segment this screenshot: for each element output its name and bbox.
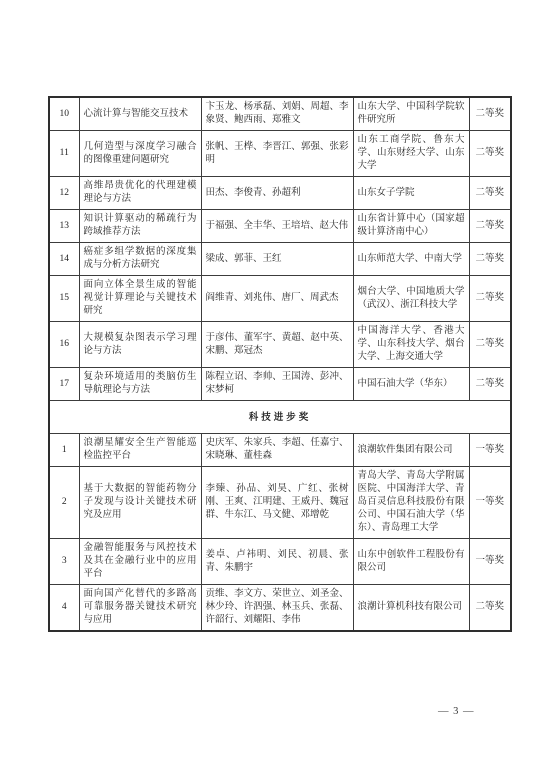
cell-award: 二等奖 — [469, 276, 511, 322]
cell-orgs: 浪潮计算机科技有限公司 — [353, 585, 469, 632]
cell-project: 面向立体全景生成的智能视觉计算理论与关键技术研究 — [79, 276, 201, 322]
cell-orgs: 山东女子学院 — [353, 177, 469, 210]
section-title: 科技进步奖 — [49, 401, 511, 434]
cell-orgs: 山东大学、中国科学院软件研究所 — [353, 97, 469, 131]
award-row: 17 复杂环境适用的类脑仿生导航理论与方法 陈程立诏、李帅、王国涛、彭冲、宋梦柯… — [49, 368, 511, 401]
cell-people: 陈程立诏、李帅、王国涛、彭冲、宋梦柯 — [201, 368, 353, 401]
cell-project: 大规模复杂图表示学习理论与方法 — [79, 322, 201, 368]
cell-people: 姜卓、卢祎明、刘民、初晨、张青、朱鹏宇 — [201, 539, 353, 585]
cell-no: 17 — [49, 368, 79, 401]
cell-no: 14 — [49, 243, 79, 276]
award-row: 14 癌症多组学数据的深度集成与分析方法研究 梁成、郭菲、王红 山东师范大学、中… — [49, 243, 511, 276]
award-row: 2 基于大数据的智能药物分子发现与设计关键技术研究及应用 李臻、孙品、刘昊、广红… — [49, 467, 511, 539]
cell-no: 15 — [49, 276, 79, 322]
cell-no: 12 — [49, 177, 79, 210]
cell-project: 浪潮星耀安全生产智能巡检监控平台 — [79, 434, 201, 467]
cell-people: 梁成、郭菲、王红 — [201, 243, 353, 276]
cell-people: 田杰、李俊青、孙超利 — [201, 177, 353, 210]
cell-project: 高维昂贵优化的代理建模理论与方法 — [79, 177, 201, 210]
cell-orgs: 烟台大学、中国地质大学（武汉）、浙江科技大学 — [353, 276, 469, 322]
cell-award: 二等奖 — [469, 243, 511, 276]
cell-project: 复杂环境适用的类脑仿生导航理论与方法 — [79, 368, 201, 401]
award-row: 11 几何造型与深度学习融合的图像重建问题研究 张帆、王桦、李晋江、郭强、张彩明… — [49, 131, 511, 177]
award-row: 4 面向国产化替代的多路高可靠服务器关键技术研究与应用 贡维、李文方、荣世立、刘… — [49, 585, 511, 632]
cell-no: 10 — [49, 97, 79, 131]
cell-people: 卞玉龙、杨承磊、刘娟、周超、李象贤、鲍西雨、郑雅文 — [201, 97, 353, 131]
award-row: 10 心流计算与智能交互技术 卞玉龙、杨承磊、刘娟、周超、李象贤、鲍西雨、郑雅文… — [49, 97, 511, 131]
cell-no: 4 — [49, 585, 79, 632]
cell-people: 贡维、李文方、荣世立、刘圣金、林少玲、许泗强、林玉兵、张磊、许韶行、刘耀阳、李伟 — [201, 585, 353, 632]
cell-orgs: 山东工商学院、鲁东大学、山东财经大学、山东大学 — [353, 131, 469, 177]
cell-project: 癌症多组学数据的深度集成与分析方法研究 — [79, 243, 201, 276]
cell-project: 基于大数据的智能药物分子发现与设计关键技术研究及应用 — [79, 467, 201, 539]
cell-award: 二等奖 — [469, 585, 511, 632]
award-row: 15 面向立体全景生成的智能视觉计算理论与关键技术研究 阎维青、刘兆伟、唐厂、周… — [49, 276, 511, 322]
cell-orgs: 山东省计算中心（国家超级计算济南中心） — [353, 210, 469, 243]
cell-orgs: 山东师范大学、中南大学 — [353, 243, 469, 276]
cell-award: 一等奖 — [469, 539, 511, 585]
cell-project: 面向国产化替代的多路高可靠服务器关键技术研究与应用 — [79, 585, 201, 632]
award-row: 1 浪潮星耀安全生产智能巡检监控平台 史庆军、朱家兵、李超、任嘉宁、宋晓琳、董桂… — [49, 434, 511, 467]
cell-award: 二等奖 — [469, 131, 511, 177]
page-number: — 3 — — [438, 706, 475, 717]
award-row: 16 大规模复杂图表示学习理论与方法 于彦伟、董军宇、黄超、赵中英、宋鹏、郑冠杰… — [49, 322, 511, 368]
cell-orgs: 中国海洋大学、香港大学、山东科技大学、烟台大学、上海交通大学 — [353, 322, 469, 368]
award-row: 12 高维昂贵优化的代理建模理论与方法 田杰、李俊青、孙超利 山东女子学院 二等… — [49, 177, 511, 210]
cell-project: 几何造型与深度学习融合的图像重建问题研究 — [79, 131, 201, 177]
cell-people: 李臻、孙品、刘昊、广红、张树刚、王爽、江明建、王威丹、魏冠群、牛东江、马文健、邓… — [201, 467, 353, 539]
award-row: 13 知识计算驱动的稀疏行为跨域推荐方法 于福强、全丰华、王培培、赵大伟 山东省… — [49, 210, 511, 243]
cell-people: 张帆、王桦、李晋江、郭强、张彩明 — [201, 131, 353, 177]
cell-no: 11 — [49, 131, 79, 177]
cell-no: 16 — [49, 322, 79, 368]
cell-no: 1 — [49, 434, 79, 467]
cell-no: 2 — [49, 467, 79, 539]
cell-award: 二等奖 — [469, 368, 511, 401]
cell-no: 3 — [49, 539, 79, 585]
cell-award: 一等奖 — [469, 467, 511, 539]
cell-project: 心流计算与智能交互技术 — [79, 97, 201, 131]
cell-orgs: 山东中创软件工程股份有限公司 — [353, 539, 469, 585]
cell-project: 金融智能服务与风控技术及其在金融行业中的应用平台 — [79, 539, 201, 585]
awards-table: 10 心流计算与智能交互技术 卞玉龙、杨承磊、刘娟、周超、李象贤、鲍西雨、郑雅文… — [48, 96, 512, 632]
section-header-row: 科技进步奖 — [49, 401, 511, 434]
cell-orgs: 浪潮软件集团有限公司 — [353, 434, 469, 467]
cell-people: 阎维青、刘兆伟、唐厂、周武杰 — [201, 276, 353, 322]
award-row: 3 金融智能服务与风控技术及其在金融行业中的应用平台 姜卓、卢祎明、刘民、初晨、… — [49, 539, 511, 585]
cell-award: 二等奖 — [469, 177, 511, 210]
cell-award: 一等奖 — [469, 434, 511, 467]
cell-no: 13 — [49, 210, 79, 243]
cell-award: 二等奖 — [469, 97, 511, 131]
cell-project: 知识计算驱动的稀疏行为跨域推荐方法 — [79, 210, 201, 243]
document-page: 10 心流计算与智能交互技术 卞玉龙、杨承磊、刘娟、周超、李象贤、鲍西雨、郑雅文… — [0, 0, 553, 779]
cell-orgs: 中国石油大学（华东） — [353, 368, 469, 401]
cell-people: 于福强、全丰华、王培培、赵大伟 — [201, 210, 353, 243]
cell-award: 二等奖 — [469, 322, 511, 368]
cell-orgs: 青岛大学、青岛大学附属医院、中国海洋大学、青岛百灵信息科技股份有限公司、中国石油… — [353, 467, 469, 539]
cell-people: 史庆军、朱家兵、李超、任嘉宁、宋晓琳、董桂森 — [201, 434, 353, 467]
cell-award: 二等奖 — [469, 210, 511, 243]
cell-people: 于彦伟、董军宇、黄超、赵中英、宋鹏、郑冠杰 — [201, 322, 353, 368]
